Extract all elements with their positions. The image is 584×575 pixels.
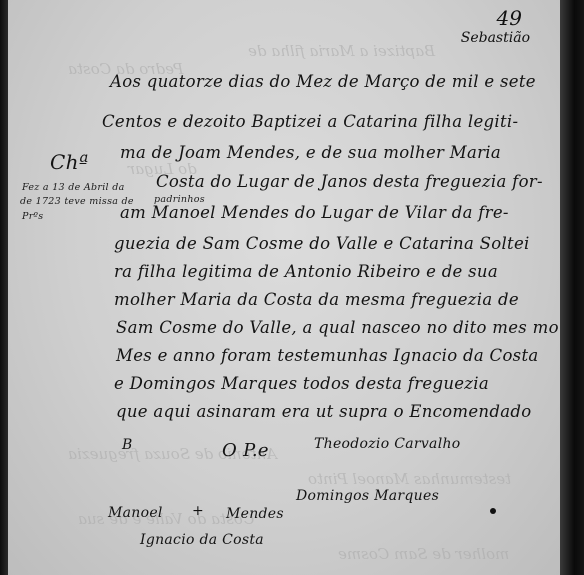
body-line: Mes e anno foram testemunhas Ignacio da … [116,346,539,365]
margin-initials: Chª [50,150,89,174]
body-line: Aos quatorze dias do Mez de Março de mil… [110,72,536,91]
body-line: que aqui asinaram era ut supra o Encomen… [116,402,531,421]
ink-blot [490,508,496,514]
manuscript-page: Baptizei a Maria filha de Pedro da Costa… [8,0,560,575]
margin-note-line: Prºs [22,211,43,222]
witness-signature: Domingos Marques [296,488,439,504]
witness-signature: Ignacio da Costa [140,532,264,548]
body-line: Costa do Lugar de Janos desta freguezia … [156,172,543,191]
margin-note-line: Fez a 13 de Abril da [22,182,125,193]
folio-annotation: Sebastião [461,30,530,46]
godfather-surname-signature: Mendes [226,506,284,522]
godfather-cross-mark: + [192,503,204,519]
body-line: guezia de Sam Cosme do Valle e Catarina … [114,234,530,253]
book-binding-left [0,0,8,575]
priest-signature: Theodozio Carvalho [314,436,461,452]
body-line: Sam Cosme do Valle, a qual nasceo no dit… [116,318,559,337]
body-line: ma de Joam Mendes, e de sua molher Maria [120,143,501,162]
left-mark: B [122,437,133,453]
bleed-through-text: Baptizei a Maria filha de [248,42,435,60]
page-number: 49 [497,6,522,30]
margin-note-line: de 1723 teve missa de [20,196,134,207]
body-line: Centos e dezoito Baptizei a Catarina fil… [102,112,518,131]
priest-mark: O P.e [222,440,269,461]
body-line: molher Maria da Costa da mesma freguezia… [114,290,519,309]
bleed-through-text: molher de Sam Cosme [338,545,509,563]
body-line: am Manoel Mendes do Lugar de Vilar da fr… [120,203,509,222]
body-line: ra filha legitima de Antonio Ribeiro e d… [114,262,498,281]
book-binding-right [560,0,584,575]
bleed-through-text: testemunhas Manoel Pinto [308,470,511,488]
body-line: e Domingos Marques todos desta freguezia [114,374,489,393]
godfather-signature: Manoel [108,505,163,521]
